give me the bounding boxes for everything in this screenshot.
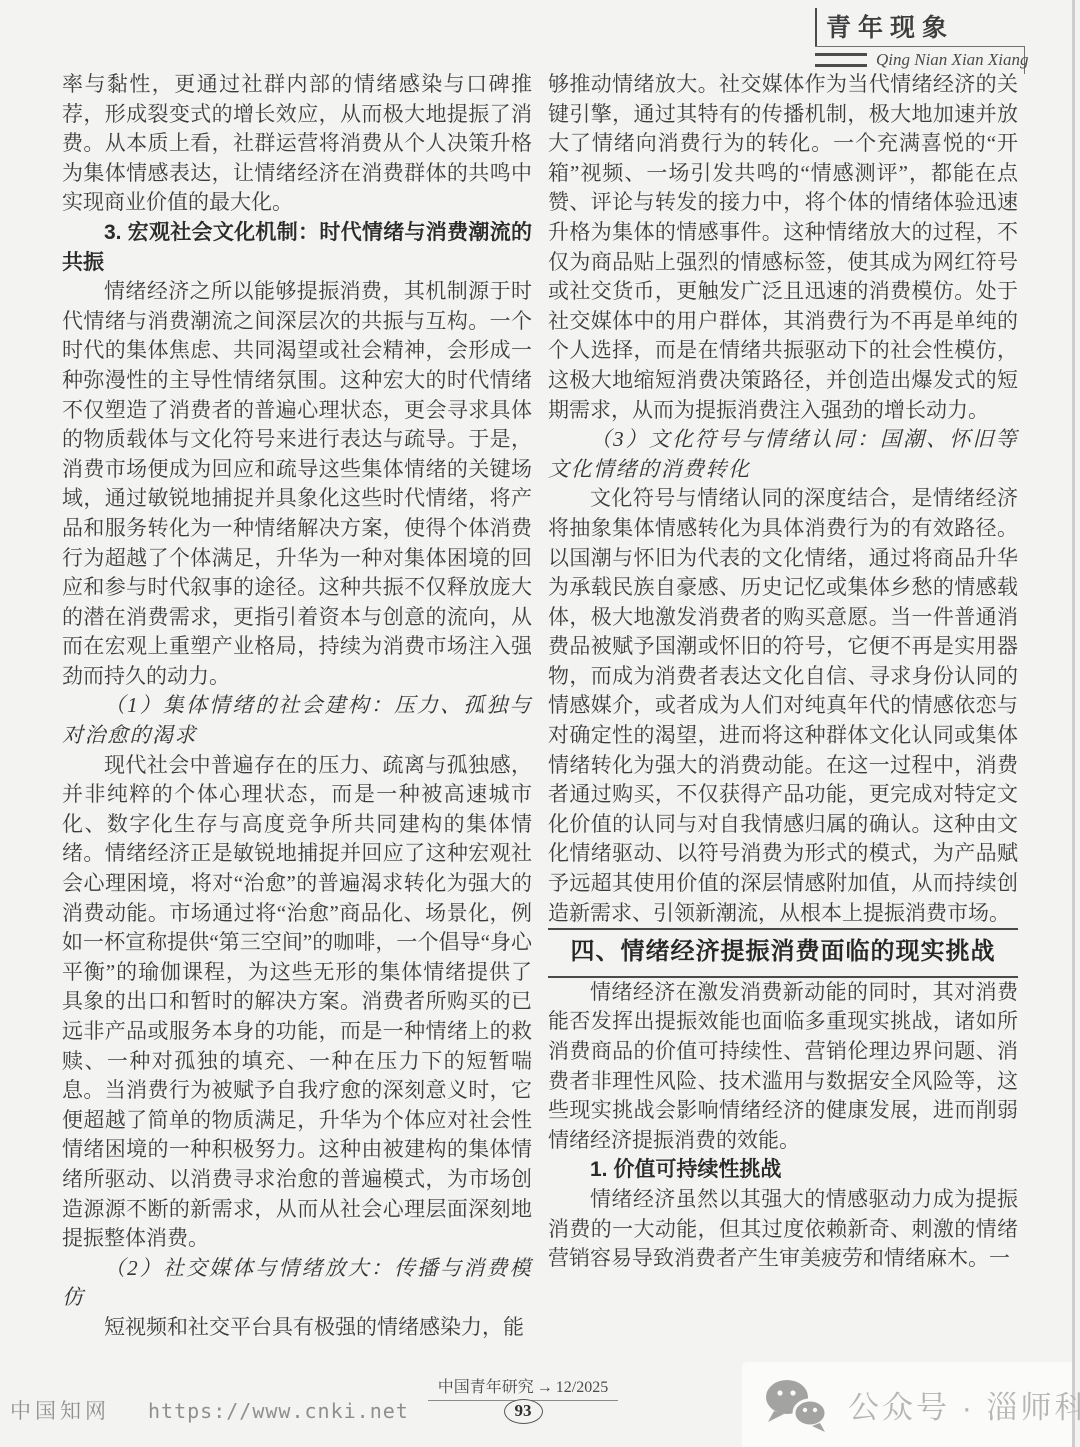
sub-heading: （3）文化符号与情绪认同：国潮、怀旧等文化情绪的消费转化 — [548, 425, 1018, 484]
paragraph: 情绪经济之所以能够提振消费，其机制源于时代情绪与消费潮流之间深层次的共振与互构。… — [62, 277, 532, 691]
page-number-badge: 93 — [504, 1399, 543, 1424]
cnki-label: 中国知网 — [10, 1395, 110, 1425]
sub-heading: （2）社交媒体与情绪放大：传播与消费模仿 — [62, 1254, 532, 1313]
sub-heading: （1）集体情绪的社会建构：压力、孤独与对治愈的渴求 — [62, 691, 532, 750]
double-rule-icon — [815, 53, 867, 67]
issue-number: 12/2025 — [556, 1379, 608, 1396]
section-heading: 四、情绪经济提振消费面临的现实挑战 — [548, 928, 1018, 978]
column-title: 青年现象 — [815, 8, 1025, 46]
page-footer: 中国青年研究→12/2025 93 — [428, 1374, 618, 1424]
journal-column-header: 青年现象 Qing Nian Xian Xiang — [815, 8, 1025, 74]
journal-name: 中国青年研究 — [438, 1379, 534, 1396]
cnki-footer: 中国知网 https://www.cnki.net — [10, 1395, 409, 1425]
wechat-icon — [760, 1376, 832, 1434]
cnki-url: https://www.cnki.net — [148, 1399, 409, 1423]
wechat-watermark: 公众号 · 淄师科研 — [742, 1362, 1072, 1447]
journal-issue-line: 中国青年研究→12/2025 — [428, 1374, 618, 1401]
arrow-icon: → — [537, 1379, 553, 1396]
paragraph: 情绪经济在激发消费新动能的同时，其对消费能否发挥出提振效能也面临多重现实挑战，诸… — [548, 978, 1018, 1156]
watermark-label: 公众号 · 淄师科研 — [848, 1382, 1080, 1427]
article-body: 率与黏性，更通过社群内部的情绪感染与口碑推荐，形成裂变式的增长效应，从而极大地提… — [62, 70, 1018, 1343]
paragraph: 率与黏性，更通过社群内部的情绪感染与口碑推荐，形成裂变式的增长效应，从而极大地提… — [62, 70, 532, 218]
right-column: 够推动情绪放大。社交媒体作为当代情绪经济的关键引擎，通过其特有的传播机制，极大地… — [548, 70, 1018, 1343]
left-column: 率与黏性，更通过社群内部的情绪感染与口碑推荐，形成裂变式的增长效应，从而极大地提… — [62, 70, 532, 1343]
numbered-heading: 3. 宏观社会文化机制：时代情绪与消费潮流的共振 — [62, 218, 532, 277]
paragraph: 现代社会中普遍存在的压力、疏离与孤独感，并非纯粹的个体心理状态，而是一种被高速城… — [62, 751, 532, 1254]
scan-edge-line — [1072, 0, 1075, 1447]
paragraph: 情绪经济虽然以其强大的情感驱动力成为提振消费的一大动能，但其过度依赖新奇、刺激的… — [548, 1185, 1018, 1274]
scanned-paper-page: 青年现象 Qing Nian Xian Xiang 率与黏性，更通过社群内部的情… — [0, 0, 1080, 1447]
paragraph: 短视频和社交平台具有极强的情绪感染力，能 — [62, 1313, 532, 1343]
paragraph: 文化符号与情绪认同的深度结合，是情绪经济将抽象集体情感转化为具体消费行为的有效路… — [548, 484, 1018, 928]
paragraph: 够推动情绪放大。社交媒体作为当代情绪经济的关键引擎，通过其特有的传播机制，极大地… — [548, 70, 1018, 425]
numbered-heading: 1. 价值可持续性挑战 — [548, 1155, 1018, 1185]
column-pinyin: Qing Nian Xian Xiang — [876, 50, 1029, 70]
